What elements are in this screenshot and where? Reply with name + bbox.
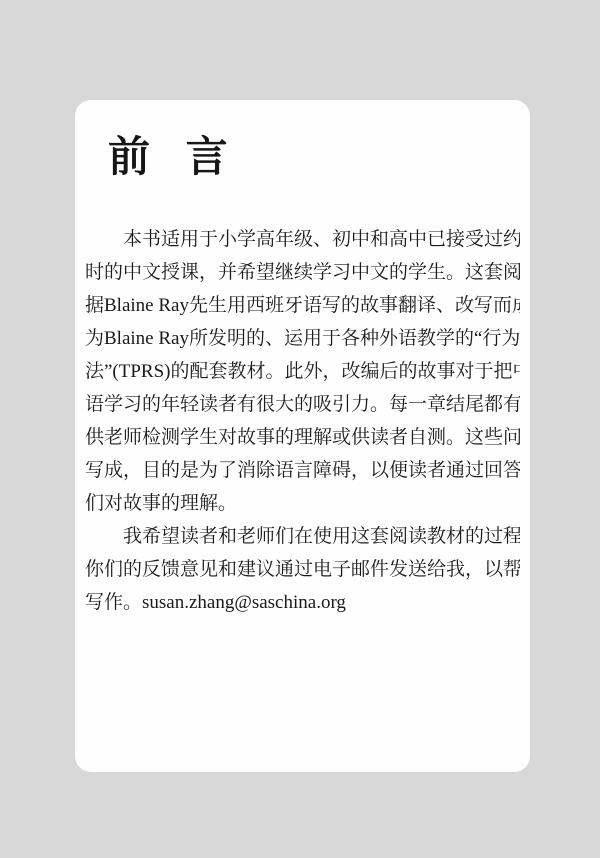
- text-line: 据Blaine Ray先生用西班牙语写的故事翻译、改写而成，可以作: [85, 289, 520, 322]
- preface-paragraph-1: 本书适用于小学高年级、初中和高中已接受过约150到200小 时的中文授课，并希望…: [85, 223, 520, 520]
- preface-body: 本书适用于小学高年级、初中和高中已接受过约150到200小 时的中文授课，并希望…: [85, 223, 520, 619]
- text-line: 们对故事的理解。: [85, 487, 520, 520]
- book-page: 前 言 本书适用于小学高年级、初中和高中已接受过约150到200小 时的中文授课…: [75, 100, 530, 772]
- text-line: 你们的反馈意见和建议通过电子邮件发送给我，以帮助我以后的: [85, 553, 520, 586]
- preface-paragraph-2: 我希望读者和老师们在使用这套阅读教材的过程中，随时将 你们的反馈意见和建议通过电…: [85, 520, 520, 619]
- text-line: 语学习的年轻读者有很大的吸引力。每一章结尾都有一些问题，: [85, 388, 520, 421]
- text-line: 供老师检测学生对故事的理解或供读者自测。这些问题是用英文: [85, 421, 520, 454]
- page-title: 前 言: [108, 136, 520, 180]
- text-line: 我希望读者和老师们在使用这套阅读教材的过程中，随时将: [85, 520, 520, 553]
- scan-backdrop: { "document": { "title": "前 言", "paragra…: [0, 0, 600, 858]
- text-line: 本书适用于小学高年级、初中和高中已接受过约150到200小: [85, 223, 520, 256]
- text-line: 写成，目的是为了消除语言障碍，以便读者通过回答问题显示他: [85, 454, 520, 487]
- text-line: 写作。susan.zhang@saschina.org: [85, 586, 520, 619]
- text-line: 为Blaine Ray所发明的、运用于各种外语教学的“行为情景教学: [85, 322, 520, 355]
- text-line: 法”(TPRS)的配套教材。此外，改编后的故事对于把中文作为外: [85, 355, 520, 388]
- text-line: 时的中文授课，并希望继续学习中文的学生。这套阅读教材是根: [85, 256, 520, 289]
